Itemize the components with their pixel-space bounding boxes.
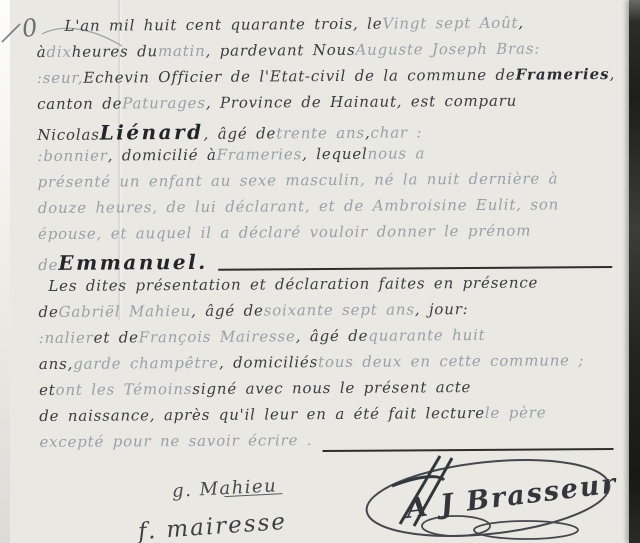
- text-segment: nous a: [368, 144, 426, 162]
- text-segment: , âgé de: [204, 124, 277, 143]
- scanned-birth-record-page: 0 L'an mil huit cent quarante trois, le …: [0, 0, 640, 543]
- text-segment: ans,: [39, 355, 73, 373]
- document-line: douze heures, de lui déclarant, et de Am…: [38, 195, 618, 225]
- officer-signature: A J Brasseur: [348, 446, 628, 543]
- text-segment: , âgé de: [191, 301, 264, 320]
- text-segment: douze heures, de lui déclarant, et de Am…: [38, 195, 559, 217]
- text-segment: :bonnier: [37, 147, 107, 165]
- text-segment: Nicolas: [37, 126, 100, 144]
- text-segment: :seur,: [37, 69, 84, 87]
- document-line: de naissance, après qu'il leur en a été …: [39, 403, 619, 433]
- text-segment: présenté un enfant au sexe masculin, né …: [38, 169, 559, 191]
- text-segment: Echevin Officier de l'Etat-civil de la c…: [83, 66, 515, 87]
- document-line: Nicolas Liénard , âgé de trente ans , ch…: [37, 117, 617, 147]
- document-line: Les dites présentation et déclaration fa…: [38, 273, 618, 303]
- witness-signature-mairesse: f. mairesse: [137, 509, 287, 543]
- text-segment: Emmanuel.: [58, 250, 208, 275]
- text-segment: , âgé de: [296, 327, 369, 346]
- document-line: à dix heures du matin, pardevant Nous Au…: [37, 39, 617, 69]
- witness-signature-mahieu: g. Mahieu: [172, 475, 283, 500]
- text-segment: Gabriël Mahieu: [59, 302, 192, 321]
- document-line: et ont les Témoins signé avec nous le pr…: [39, 377, 619, 407]
- document-line: ans, garde champêtre, domiciliés tous de…: [39, 351, 619, 381]
- text-segment: Frameries: [516, 65, 610, 84]
- text-segment: signé avec nous le présent acte: [192, 378, 471, 398]
- text-segment: de: [38, 303, 58, 321]
- text-segment: épouse, et auquel il a déclaré vouloir d…: [38, 222, 531, 243]
- text-segment: et de: [94, 328, 139, 346]
- document-line: épouse, et auquel il a déclaré vouloir d…: [38, 221, 618, 251]
- text-segment: L'an mil huit cent quarante trois, le: [64, 15, 382, 35]
- text-segment: , lequel: [302, 145, 368, 163]
- text-segment: Frameries: [217, 145, 302, 164]
- text-segment: Liénard: [100, 120, 204, 145]
- text-segment: garde champêtre: [73, 354, 219, 373]
- document-lines: L'an mil huit cent quarante trois, le Vi…: [36, 13, 619, 459]
- text-segment: matin: [158, 42, 206, 60]
- text-segment: de: [38, 256, 58, 274]
- text-segment: de naissance, après qu'il leur en a été …: [39, 404, 485, 425]
- text-segment: Vingt sept Août: [382, 14, 518, 33]
- document-line: canton de Paturages, Province de Hainaut…: [37, 91, 617, 121]
- text-segment: Auguste Joseph Bras:: [355, 40, 540, 59]
- text-segment: ont les Témoins: [56, 380, 193, 399]
- text-segment: , Province de Hainaut, est comparu: [206, 92, 517, 112]
- signature-flourish: A J Brasseur: [348, 446, 628, 543]
- text-segment: quarante huit: [368, 326, 485, 345]
- document-line: :nalier et de François Mairesse , âgé de…: [39, 325, 619, 355]
- text-segment: , domiciliés: [219, 353, 318, 372]
- text-segment: et: [39, 381, 56, 399]
- text-segment: François Mairesse: [139, 327, 296, 346]
- document-line: présenté un enfant au sexe masculin, né …: [38, 169, 618, 199]
- text-segment: soixante sept ans: [264, 300, 415, 319]
- text-segment: canton de: [37, 94, 122, 113]
- text-segment: ,: [610, 65, 616, 83]
- text-segment: Les dites présentation et déclaration fa…: [48, 274, 538, 295]
- text-segment: excepté pour ne savoir écrire .: [39, 431, 312, 451]
- text-segment: tous deux en cette commune ;: [318, 351, 584, 371]
- document-line: :bonnier , domicilié à Frameries , leque…: [37, 143, 617, 173]
- text-segment: à: [37, 43, 47, 61]
- text-segment: ,: [518, 14, 524, 32]
- text-segment: Paturages: [122, 94, 206, 113]
- text-segment: trente ans: [276, 124, 365, 143]
- ruled-line: [218, 266, 613, 271]
- document-line: de Gabriël Mahieu , âgé de soixante sept…: [38, 299, 618, 329]
- text-segment: , jour:: [415, 300, 469, 318]
- binding-edge: [629, 0, 640, 543]
- document-line: :seur, Echevin Officier de l'Etat-civil …: [37, 65, 617, 95]
- text-segment: heures du: [72, 42, 158, 61]
- document-line: L'an mil huit cent quarante trois, le Vi…: [36, 13, 616, 43]
- text-segment: :nalier: [39, 329, 94, 347]
- text-segment: , pardevant Nous: [206, 41, 356, 60]
- text-segment: char :: [370, 123, 422, 141]
- text-segment: le père: [485, 403, 547, 421]
- text-segment: dix: [46, 43, 71, 61]
- page-left-edge: [0, 0, 10, 543]
- text-segment: , domicilié à: [108, 146, 217, 165]
- document-line: de Emmanuel.: [38, 247, 618, 277]
